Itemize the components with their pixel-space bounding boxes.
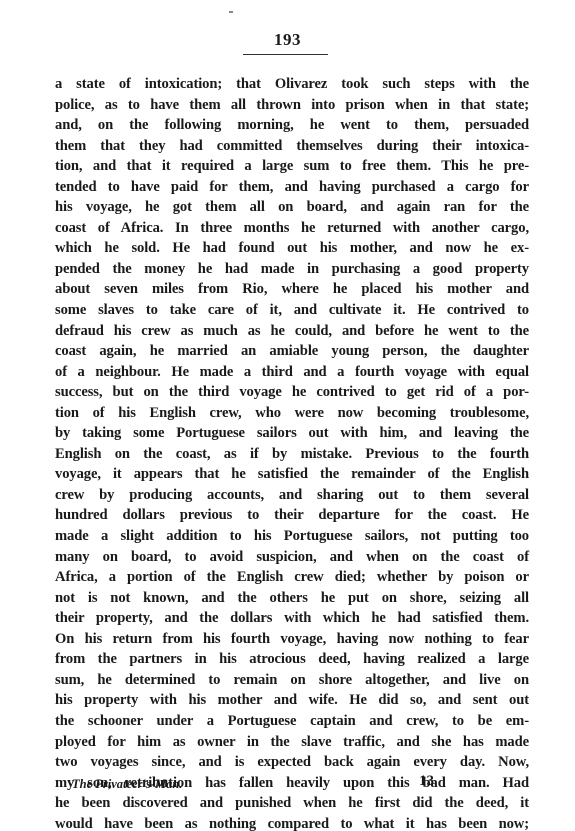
text-line: he been discovered and punished when he … <box>55 793 529 814</box>
text-line: of a neighbour. He made a third and a fo… <box>55 362 529 383</box>
text-line: English on the coast, as if by mistake. … <box>55 444 529 465</box>
page-footer: The Privateer's-Man. <box>72 775 472 793</box>
running-title: The Privateer's-Man. <box>72 777 182 791</box>
scan-speck <box>382 805 383 806</box>
text-line: by taking some Portuguese sailors out wi… <box>55 423 529 444</box>
text-line: not is not known, and the others he put … <box>55 588 529 609</box>
text-line: crew by producing accounts, and sharing … <box>55 485 529 506</box>
text-line: coast again, he married an amiable young… <box>55 341 529 362</box>
text-line: which he sold. He had found out his moth… <box>55 238 529 259</box>
text-line: two voyages since, and is expected back … <box>55 752 529 773</box>
text-line: from the partners in his atrocious deed,… <box>55 649 529 670</box>
page-number: 193 <box>0 30 575 50</box>
text-line: sum, he determined to remain on shore al… <box>55 670 529 691</box>
text-line: tion of his English crew, who were now b… <box>55 403 529 424</box>
text-line: some slaves to take care of it, and cult… <box>55 300 529 321</box>
text-line: police, as to have them all thrown into … <box>55 95 529 116</box>
text-line: his voyage, he got them all on board, an… <box>55 197 529 218</box>
text-line: tion, and that it required a large sum t… <box>55 156 529 177</box>
text-line: success, but on the third voyage he cont… <box>55 382 529 403</box>
text-line: a state of intoxication; that Olivarez t… <box>55 74 529 95</box>
text-line: defraud his crew as much as he could, an… <box>55 321 529 342</box>
text-line: tended to have paid for them, and having… <box>55 177 529 198</box>
signature-mark: 13 <box>419 773 434 790</box>
text-line: pended the money he had made in purchasi… <box>55 259 529 280</box>
text-line: them that they had committed themselves … <box>55 136 529 157</box>
text-line: voyage, it appears that he satisfied the… <box>55 464 529 485</box>
text-line: ployed for him as owner in the slave tra… <box>55 732 529 753</box>
text-line: about seven miles from Rio, where he pla… <box>55 279 529 300</box>
header-rule <box>243 54 328 55</box>
body-text: a state of intoxication; that Olivarez t… <box>55 74 529 831</box>
text-line: many on board, to avoid suspicion, and w… <box>55 547 529 568</box>
text-line: hundred dollars previous to their depart… <box>55 505 529 526</box>
text-line: made a slight addition to his Portuguese… <box>55 526 529 547</box>
text-line: their property, and the dollars with whi… <box>55 608 529 629</box>
text-line: coast of Africa. In three months he retu… <box>55 218 529 239</box>
text-line: would have been as nothing compared to w… <box>55 814 529 831</box>
text-line: the schooner under a Portuguese captain … <box>55 711 529 732</box>
text-line: On his return from his fourth voyage, ha… <box>55 629 529 650</box>
text-line: his property with his mother and wife. H… <box>55 690 529 711</box>
scan-speck <box>229 11 233 13</box>
text-line: Africa, a portion of the English crew di… <box>55 567 529 588</box>
text-line: and, on the following morning, he went t… <box>55 115 529 136</box>
